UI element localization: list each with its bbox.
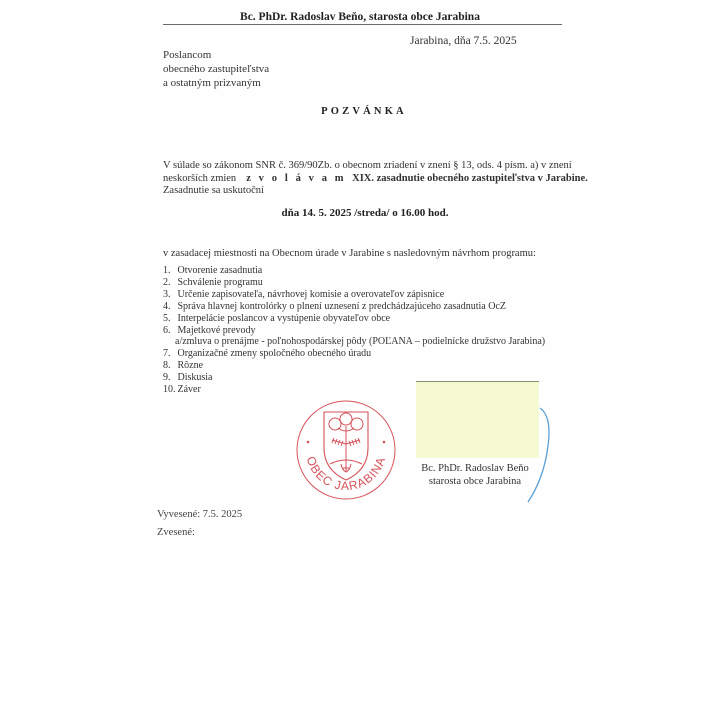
signatory-role: starosta obce Jarabina — [400, 475, 550, 488]
meeting-date: dňa 14. 5. 2025 /streda/ o 16.00 hod. — [0, 207, 720, 219]
agenda-item: 5. Interpelácie poslancov a vystúpenie o… — [163, 313, 545, 325]
agenda-item: 3. Určenie zapisovateľa, návrhovej komis… — [163, 289, 545, 301]
agenda-item: 8. Rôzne — [163, 360, 545, 372]
intro-prefix: neskorších zmien — [163, 173, 236, 184]
municipal-stamp-icon: OBEC JARABINA — [294, 398, 398, 502]
recipient-line: obecného zastupiteľstva — [163, 62, 269, 76]
agenda-item: 4. Správa hlavnej kontrolórky o plnení u… — [163, 301, 545, 313]
intro-line: neskorších zmienz v o l á v a mXIX. zasa… — [163, 173, 563, 186]
posted-date: Vyvesené: 7.5. 2025 — [157, 509, 242, 520]
recipients-block: Poslancom obecného zastupiteľstva a osta… — [163, 48, 269, 90]
agenda-item: 6. Majetkové prevody — [163, 325, 545, 337]
intro-line: V súlade so zákonom SNR č. 369/90Zb. o o… — [163, 160, 563, 173]
intro-paragraph: V súlade so zákonom SNR č. 369/90Zb. o o… — [163, 160, 563, 198]
letterhead-title: Bc. PhDr. Radoslav Beňo, starosta obce J… — [0, 11, 720, 23]
convene-verb: z v o l á v a m — [246, 173, 346, 184]
letterhead-divider — [163, 24, 562, 25]
signatory-block: Bc. PhDr. Radoslav Beňo starosta obce Ja… — [400, 462, 550, 488]
place-and-date: Jarabina, dňa 7.5. 2025 — [410, 35, 517, 47]
agenda-item: 2. Schválenie programu — [163, 277, 545, 289]
document-title: POZVÁNKA — [0, 106, 720, 117]
session-name: XIX. zasadnutie obecného zastupiteľstva … — [352, 173, 588, 184]
agenda-list: 1. Otvorenie zasadnutia 2. Schválenie pr… — [163, 265, 545, 396]
agenda-item: 1. Otvorenie zasadnutia — [163, 265, 545, 277]
removed-date: Zvesené: — [157, 527, 195, 538]
agenda-item: 7. Organizačné zmeny spoločného obecného… — [163, 348, 545, 360]
signature-ink-stroke — [500, 400, 560, 510]
venue-text: v zasadacej miestnosti na Obecnom úrade … — [163, 248, 536, 259]
agenda-subitem: a/zmluva o prenájme - poľnohospodárskej … — [163, 336, 545, 348]
recipient-line: Poslancom — [163, 48, 269, 62]
intro-line: Zasadnutie sa uskutoční — [163, 185, 563, 198]
signatory-name: Bc. PhDr. Radoslav Beňo — [400, 462, 550, 475]
document-page: Bc. PhDr. Radoslav Beňo, starosta obce J… — [0, 0, 720, 720]
recipient-line: a ostatným prizvaným — [163, 76, 269, 90]
